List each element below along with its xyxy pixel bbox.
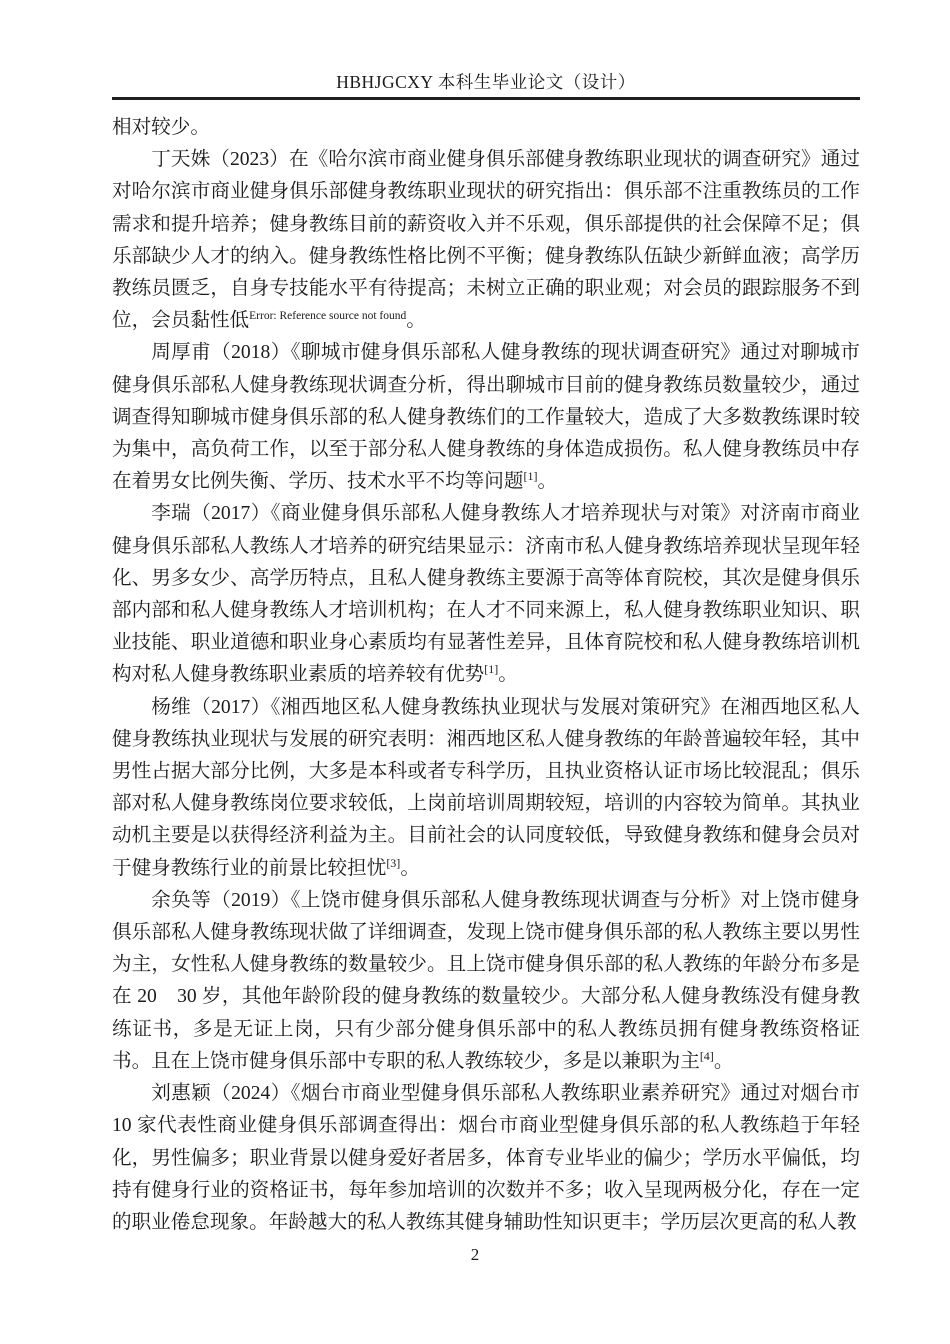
citation-marker: [3] [386, 856, 400, 870]
document-page: HBHJGCXY 本科生毕业论文（设计） 相对较少。丁天姝（2023）在《哈尔滨… [0, 0, 950, 1344]
reference-error-marker: Error: Reference source not found [249, 310, 406, 322]
body-paragraph: 杨维（2017）《湘西地区私人健身教练执业现状与发展对策研究》在湘西地区私人健身… [112, 692, 860, 885]
body-paragraph: 相对较少。 [112, 112, 860, 144]
body-paragraph: 刘惠颖（2024）《烟台市商业型健身俱乐部私人教练职业素养研究》通过对烟台市 1… [112, 1078, 860, 1239]
body-paragraph: 周厚甫（2018）《聊城市健身俱乐部私人健身教练的现状调查研究》通过对聊城市健身… [112, 337, 860, 498]
text-run: 相对较少。 [112, 117, 210, 138]
header-title: HBHJGCXY 本科生毕业论文（设计） [112, 72, 860, 92]
citation-marker: [4] [700, 1049, 714, 1063]
text-run: 。 [400, 858, 420, 879]
text-run: 。 [714, 1051, 734, 1072]
text-run: 余奂等（2019）《上饶市健身俱乐部私人健身教练现状调查与分析》对上饶市健身俱乐… [112, 890, 860, 1072]
body-paragraph: 李瑞（2017）《商业健身俱乐部私人健身教练人才培养现状与对策》对济南市商业健身… [112, 498, 860, 691]
citation-marker: [1] [484, 662, 498, 676]
text-run: 周厚甫（2018）《聊城市健身俱乐部私人健身教练的现状调查研究》通过对聊城市健身… [112, 342, 860, 492]
body-paragraph: 丁天姝（2023）在《哈尔滨市商业健身俱乐部健身教练职业现状的调查研究》通过对哈… [112, 144, 860, 337]
text-run: 李瑞（2017）《商业健身俱乐部私人健身教练人才培养现状与对策》对济南市商业健身… [112, 503, 860, 685]
document-body: 相对较少。丁天姝（2023）在《哈尔滨市商业健身俱乐部健身教练职业现状的调查研究… [112, 112, 860, 1239]
text-run: 杨维（2017）《湘西地区私人健身教练执业现状与发展对策研究》在湘西地区私人健身… [112, 697, 860, 879]
page-header: HBHJGCXY 本科生毕业论文（设计） [112, 72, 860, 100]
text-run: 刘惠颖（2024）《烟台市商业型健身俱乐部私人教练职业素养研究》通过对烟台市 1… [112, 1083, 860, 1233]
page-footer: 2 [0, 1244, 950, 1266]
text-run: 。 [498, 664, 518, 685]
page-number: 2 [471, 1245, 480, 1264]
text-run: 。 [537, 471, 557, 492]
citation-marker: [1] [523, 469, 537, 483]
body-paragraph: 余奂等（2019）《上饶市健身俱乐部私人健身教练现状调查与分析》对上饶市健身俱乐… [112, 885, 860, 1078]
text-run: 丁天姝（2023）在《哈尔滨市商业健身俱乐部健身教练职业现状的调查研究》通过对哈… [112, 149, 860, 331]
text-run: 。 [406, 310, 426, 331]
